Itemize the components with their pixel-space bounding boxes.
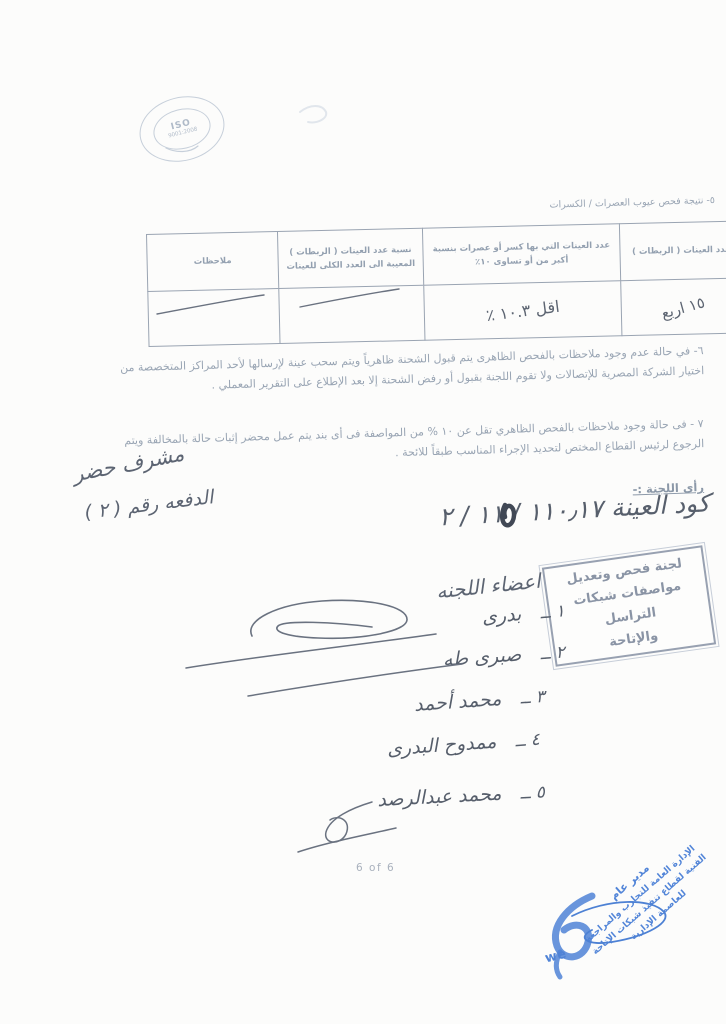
member-2-name: صبرى طه bbox=[442, 644, 522, 671]
member-4-number: ٤ ــ bbox=[515, 730, 541, 752]
committee-member-row-3: ٣ ــ محمد أحمد bbox=[339, 685, 545, 721]
sample-code-handwritten: كود العينة ١١٠٫١٧ / ١١ / ٢ bbox=[337, 488, 710, 536]
committee-members-heading: اعضاء اللجنه bbox=[435, 569, 542, 604]
committee-member-row-1: ١ ــ بدرى bbox=[364, 599, 565, 638]
header-notes: ملاحظات bbox=[147, 232, 279, 292]
blue-stamp-text-block: مدير عام الإدارة العامة للتجارب والمراجع… bbox=[541, 803, 726, 993]
iso-certification-stamp: ISO 9001:2008 bbox=[133, 88, 232, 171]
section-heading: ٥- نتيجة فحص عيوب العصرات / الكسرات bbox=[430, 195, 715, 214]
scanned-document-page: ISO 9001:2008 ٥- نتيجة فحص عيوب العصرات … bbox=[0, 0, 726, 1024]
member-5-name: محمد عبدالرصد bbox=[377, 783, 502, 811]
cell-defective-ratio bbox=[279, 285, 425, 343]
header-samples-count: عدد العينات ( الربطات ) bbox=[619, 221, 726, 281]
cell-defective-samples: اقل ١٠.٣ ٪ bbox=[424, 281, 622, 340]
clause-6-text: ٦- في حالة عدم وجود ملاحظات بالفحص الظاه… bbox=[102, 341, 705, 398]
samples-count-handwritten-value: ١٥ اربع bbox=[659, 293, 707, 322]
member-1-number: ١ ــ bbox=[539, 601, 565, 623]
member-5-signature-underline bbox=[298, 828, 396, 852]
member-4-name: ممدوح البدرى bbox=[386, 731, 497, 761]
defective-samples-handwritten-value: اقل ١٠.٣ ٪ bbox=[485, 296, 561, 324]
member-5-number: ٥ ــ bbox=[520, 782, 546, 803]
committee-member-row-2: ٢ ــ صبرى طه bbox=[349, 641, 565, 678]
blue-administration-stamp: مدير عام الإدارة العامة للتجارب والمراجع… bbox=[540, 832, 726, 1022]
cell-notes bbox=[148, 289, 280, 347]
member-3-name: محمد أحمد bbox=[413, 688, 502, 716]
cell-samples-count: ١٥ اربع bbox=[621, 278, 726, 336]
member-1-name: بدرى bbox=[481, 603, 522, 628]
header-defective-samples: عدد العينات التي بها كسر أو عصرات بنسبة … bbox=[422, 224, 620, 285]
clause-7-text: ٧ - فى حالة وجود ملاحظات بالفحص الظاهري … bbox=[102, 414, 705, 471]
member-3-number: ٣ ــ bbox=[520, 687, 546, 709]
iso-stamp-inner-ring: ISO 9001:2008 bbox=[149, 103, 215, 156]
header-defective-ratio: نسبة عدد العينات ( الربطات ) المعيبة الى… bbox=[277, 228, 423, 288]
faint-top-scribble bbox=[300, 106, 326, 122]
inspection-results-table: عدد العينات ( الربطات ) عدد العينات التي… bbox=[146, 220, 726, 347]
batch-number-handwritten-note: الدفعه رقم ( ٢ ) bbox=[83, 486, 214, 524]
page-number: 6 of 6 bbox=[356, 862, 395, 874]
blue-stamp-line3: الفنية لقطاع تنفيذ شبكات الإتاحة bbox=[562, 827, 726, 982]
committee-rect-stamp: لجنة فحص وتعديل مواصفات شبكات التراسل وا… bbox=[542, 545, 716, 667]
committee-member-row-5: ٥ ــ محمد عبدالرصد bbox=[330, 780, 546, 813]
committee-member-row-4: ٤ ــ ممدوح البدرى bbox=[300, 728, 541, 767]
blue-stamp-line2: الإدارة العامة للتجارب والمراجعة bbox=[553, 817, 726, 972]
member-2-number: ٢ ــ bbox=[540, 643, 566, 665]
